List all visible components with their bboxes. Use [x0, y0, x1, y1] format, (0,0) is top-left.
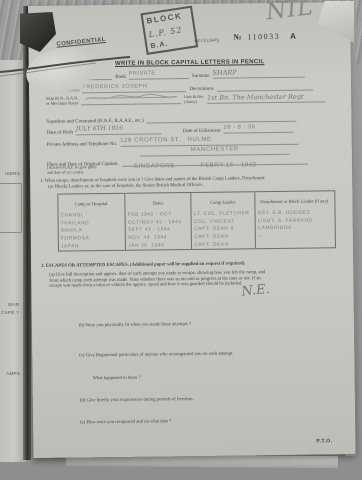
detachment-cell	[255, 240, 335, 249]
question-2b: (b) Were you physically fit when you mad…	[79, 320, 339, 329]
handwritten-nil: NIL	[265, 0, 315, 25]
date-of-enlistment-field: 28 - 8 - 36	[224, 124, 294, 134]
question-1: 1. What camps, detachments or hospitals …	[40, 175, 342, 190]
col-header-dates: Dates.	[125, 193, 191, 212]
decorations-field	[217, 82, 313, 92]
field-row: Date of Birth JULY 6TH 1916 Date of Enli…	[46, 123, 338, 136]
rank-field: PRIVATE	[129, 70, 189, 80]
stamp-line2: L.P. 52	[148, 24, 191, 39]
unit-field: 1st Bn. The Manchester Regt	[207, 94, 325, 104]
squadron-label: Squadron and Command (R.A.F., R.A.A.F., …	[46, 119, 143, 125]
series-letter: A	[290, 32, 296, 41]
surname-field: SHARP	[213, 69, 305, 79]
pencil-scribble	[83, 92, 179, 102]
ship-label-line2: or Merchant Navy)	[46, 101, 78, 106]
unit-label-line2: (Army)	[184, 99, 204, 104]
leader-cell: CAPT. DEAN	[191, 241, 255, 249]
private-address-label: Private Address and Telephone No.	[47, 142, 118, 148]
decorations-label: Decorations	[189, 87, 213, 92]
date-of-enlistment-value: 28 - 8 - 36	[224, 124, 256, 130]
confidential-marking: CONFIDENTIAL	[56, 37, 106, 48]
date-of-birth-label: Date of Birth	[47, 130, 73, 135]
date-of-birth-field: JULY 6TH 1916	[76, 125, 162, 135]
ship-field	[81, 95, 181, 105]
squadron-field	[147, 113, 297, 124]
field-row: Ship (R.N., R.A.N. or Merchant Navy) Uni…	[46, 93, 338, 106]
col-header-detachment: Detachment or Block Leader (if any).	[254, 191, 334, 210]
stamp-line3: B.A.	[150, 37, 193, 50]
form-reference: (M.I.9 (JAP))	[194, 38, 219, 43]
question-2c-followup: What happened to them ?	[93, 374, 293, 382]
private-address-value-line2: MANCHESTER	[191, 146, 239, 153]
underpage-table-fragment	[0, 183, 22, 233]
date-of-enlistment-label: Date of Enlistment	[183, 129, 221, 134]
col-header-leader: Camp Leader.	[191, 192, 255, 211]
numero-symbol: №	[233, 32, 241, 41]
rank-value: PRIVATE	[129, 70, 156, 76]
surname-label: Surname	[192, 74, 210, 79]
date-of-birth-value: JULY 6TH 1916	[76, 125, 123, 133]
pto-footer: P.T.O.	[316, 438, 332, 444]
underpage-text-fragment: CAPE ?	[1, 310, 19, 315]
dates-cell: JAN 30 1945	[125, 241, 191, 249]
private-address-field-line2: MANCHESTER	[140, 146, 290, 157]
underpage-text-fragment: WAR	[8, 302, 19, 307]
serial-number-row: №110033A	[233, 32, 296, 42]
question-2a: (a) Give full description and approx. da…	[49, 269, 345, 289]
handwritten-ne-answer: N.E.	[241, 282, 271, 300]
question-2e: (e) How were you recaptured and on what …	[80, 417, 340, 426]
serial-number: 110033	[247, 32, 280, 41]
capture-field: SINGAPOREFEBRY 15 - 1942	[122, 156, 308, 167]
question-2-title: 2. ESCAPES OR ATTEMPTED ESCAPES. (Additi…	[41, 260, 345, 269]
stamp-line1: BLOCK	[146, 10, 189, 25]
capture-place-value: SINGAPORE	[134, 163, 175, 170]
private-address-value: 128 CROFTON ST. HULME	[120, 137, 211, 144]
question-2c: (c) Give Regimental particulars of anyon…	[79, 350, 339, 359]
capture-date-value: FEBRY 15 - 1942	[201, 162, 257, 169]
block-rubber-stamp: BLOCK L.P. 52 B.A.	[140, 6, 198, 55]
scanned-pow-questionnaire: ISERS WAR CAPE ? AMPS BLOCK L.P. 52 B.A.…	[0, 0, 362, 480]
camp-cell: JAPAN	[59, 242, 125, 250]
col-header-camp: Camp or Hospital.	[58, 194, 124, 213]
unit-value: 1st Bn. The Manchester Regt	[207, 93, 304, 102]
surname-value: SHARP	[212, 68, 236, 76]
treasury-tag-string	[0, 52, 132, 86]
underpage-text-fragment: AMPS	[6, 371, 20, 376]
capture-sub-label-2: and date of a/c crash).	[47, 170, 84, 175]
underpage-text-fragment: ISERS	[5, 171, 20, 176]
question-2d: (d) Give briefly your experiences during…	[80, 395, 340, 404]
camp-table: Camp or Hospital. Dates. Camp Leader. De…	[57, 190, 336, 251]
